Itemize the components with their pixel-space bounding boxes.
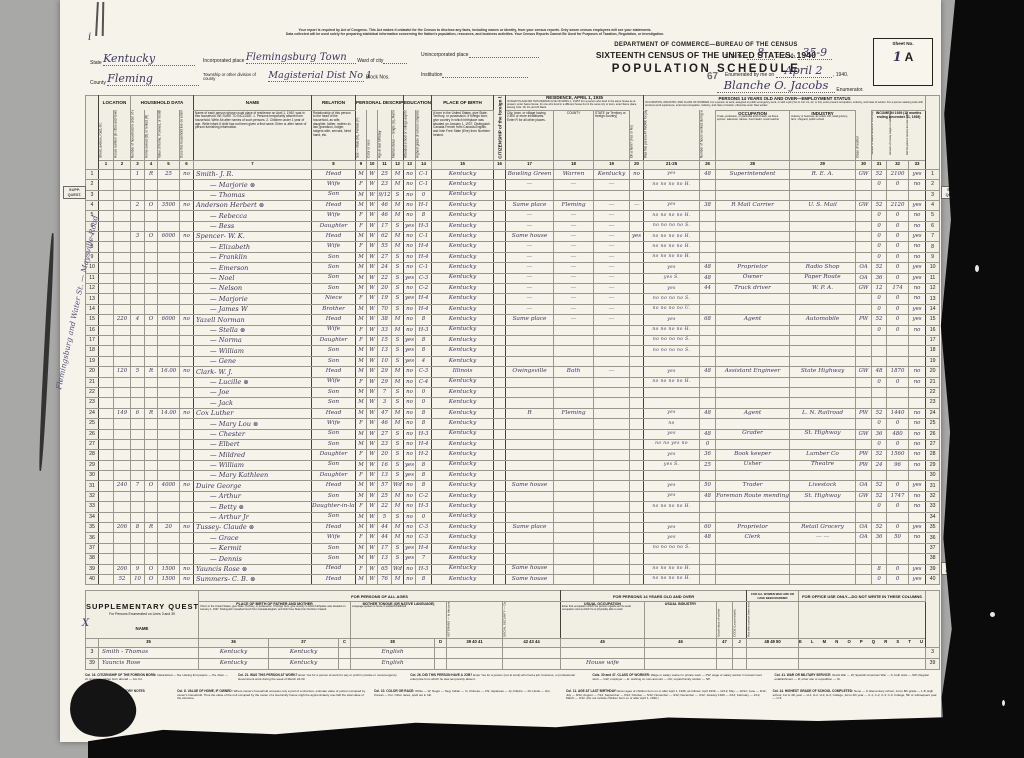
cell-oc: Truck driver (716, 284, 790, 294)
cell-r3 (594, 429, 630, 439)
cell-r4: no (630, 169, 644, 179)
cell-hh (131, 439, 145, 449)
supp-cell (645, 648, 717, 659)
cell-sx: M (356, 481, 367, 491)
supp-cell: 3 (926, 648, 940, 659)
cell-ag: 9/12 (378, 190, 392, 200)
cell-hh (131, 471, 145, 481)
supp-column-number: 35 (99, 639, 199, 648)
cell-ln: 22 (86, 387, 99, 397)
cell-fm (180, 325, 194, 335)
column-number: 19 (594, 160, 630, 169)
cell-r2 (554, 190, 594, 200)
cell-oc (716, 502, 790, 512)
column-number: 7 (194, 160, 312, 169)
col-street: Street, avenue, road, etc. (99, 110, 114, 160)
supp-cell: Kentucky (199, 659, 269, 670)
cell-wg: 0 (887, 294, 909, 304)
cell-gr: 8 (416, 481, 432, 491)
cell-ln: 14 (86, 304, 99, 314)
cell-ln: 23 (86, 398, 99, 408)
supp-column-number: 39 40 41 (447, 639, 503, 648)
cell-r1 (506, 336, 554, 346)
cell-cl: GW (856, 169, 872, 179)
cell-hr: 48 (700, 263, 716, 273)
cell-r1: Same place (506, 523, 554, 533)
supp-cell (717, 659, 733, 670)
cell-rc: W (367, 294, 378, 304)
cell-gr: 8 (416, 471, 432, 481)
cell-hn (114, 460, 131, 470)
cell-oc (716, 211, 790, 221)
cell-r3: Kentucky (594, 169, 630, 179)
cell-oc: R Mail Carrier (716, 200, 790, 210)
cell-mr: S (392, 273, 404, 283)
cell-nm: — Thomas (194, 190, 312, 200)
cell-nm: — Lucille ⊗ (194, 377, 312, 387)
cell-r4: — (630, 200, 644, 210)
enumeration-date: April 2 (785, 64, 823, 77)
cell-vl (158, 346, 180, 356)
cell-in (790, 346, 856, 356)
cell-r1: Same house (506, 481, 554, 491)
cell-ct (494, 574, 506, 584)
cell-nm: — Noel (194, 273, 312, 283)
cell-rl: Son (312, 543, 356, 553)
cell-cl: OA (856, 523, 872, 533)
supp-cell (503, 648, 561, 659)
cell-hh (131, 294, 145, 304)
cell-tn (145, 180, 158, 190)
cell-cl: OA (856, 481, 872, 491)
cell-gr: H-4 (416, 294, 432, 304)
cell-bp: Kentucky (432, 169, 494, 179)
cell-st (99, 502, 114, 512)
cell-r3 (594, 387, 630, 397)
col-attended-school: Attended school or college any time sinc… (404, 110, 416, 160)
col-res-state: STATE (or Territory or foreign country) (594, 110, 630, 160)
cell-hh (131, 387, 145, 397)
supp-column-number (86, 639, 99, 648)
cell-hn (114, 294, 131, 304)
cell-r3: — (594, 221, 630, 231)
cell-in: Lumber Co (790, 450, 856, 460)
cell-wg: 0 (887, 502, 909, 512)
cell-ln2: 3 (926, 190, 940, 200)
sheet-number-box: Sheet No. 1 A (873, 38, 933, 86)
cell-rl: Wife (312, 211, 356, 221)
county-label: County (90, 80, 106, 86)
cell-sc: no (404, 315, 416, 325)
cell-wk (872, 398, 887, 408)
supp-column-number: 47 (717, 639, 733, 648)
cell-bp: Kentucky (432, 481, 494, 491)
cell-cl: GW (856, 284, 872, 294)
cell-sx: M (356, 346, 367, 356)
cell-in: Livestock (790, 481, 856, 491)
column-number: 17 (506, 160, 554, 169)
cell-r1 (506, 356, 554, 366)
cell-fm: no (180, 232, 194, 242)
cell-in (790, 439, 856, 449)
cell-oc (716, 543, 790, 553)
cell-hn (114, 398, 131, 408)
cell-ln: 13 (86, 294, 99, 304)
cell-wk: 24 (872, 460, 887, 470)
col-group-relation: RELATION (312, 96, 356, 111)
cell-mr: S (392, 252, 404, 262)
cell-r4 (630, 346, 644, 356)
cell-sx: M (356, 263, 367, 273)
cell-vl: 14.00 (158, 408, 180, 418)
cell-st (99, 325, 114, 335)
cell-r1: — (506, 211, 554, 221)
cell-oc (716, 512, 790, 522)
cell-r3 (594, 398, 630, 408)
cell-sx: M (356, 169, 367, 179)
cell-wk: 0 (872, 242, 887, 252)
census-row-18: 18— WilliamSonMW13Syes8Kentuckyno no no … (86, 346, 940, 356)
cell-rc: W (367, 460, 378, 470)
cell-r2: Bath (554, 367, 594, 377)
cell-wk: 0 (872, 502, 887, 512)
cell-r2: — (554, 221, 594, 231)
cell-sc: no (404, 211, 416, 221)
cell-r1: Owingsville (506, 367, 554, 377)
census-row-22: 22— JoeSonMW7Sno0Kentucky22 (86, 387, 940, 397)
cell-ct (494, 315, 506, 325)
cell-cl (856, 190, 872, 200)
cell-nm: — James W (194, 304, 312, 314)
cell-wg: 0 (887, 574, 909, 584)
supp-col-occupation: USUAL OCCUPATIONEnter that occupation wh… (561, 602, 645, 639)
cell-mr: M (392, 242, 404, 252)
cell-ag: 10 (378, 356, 392, 366)
supp-cell (435, 659, 447, 670)
col-group-personal: PERSONAL DESCRIPTION (356, 96, 404, 111)
cell-sc: yes (404, 356, 416, 366)
cell-ln: 39 (86, 564, 99, 574)
col-occupation: OCCUPATIONTrade, profession, or particul… (716, 110, 790, 160)
cell-rc: W (367, 502, 378, 512)
cell-wk: 0 (872, 377, 887, 387)
cell-nm: — Emerson (194, 263, 312, 273)
cell-r4 (630, 263, 644, 273)
cell-r4 (630, 221, 644, 231)
cell-bp: Kentucky (432, 543, 494, 553)
cell-r1: Same house (506, 564, 554, 574)
cell-sc: no (404, 564, 416, 574)
cell-ln: 40 (86, 574, 99, 584)
supp-cell: English (351, 648, 435, 659)
cell-bp: Kentucky (432, 263, 494, 273)
cell-vl (158, 502, 180, 512)
cell-ag: 13 (378, 346, 392, 356)
cell-sc: no (404, 491, 416, 501)
cell-st (99, 523, 114, 533)
cell-wk: 36 (872, 429, 887, 439)
cell-oc (716, 439, 790, 449)
col-work-status: Was this person AT WORK for pay or profi… (644, 110, 700, 160)
cell-vl (158, 439, 180, 449)
cell-ln2: 12 (926, 284, 940, 294)
cell-em (644, 554, 700, 564)
cell-rl: Head (312, 169, 356, 179)
cell-rl: Wife (312, 180, 356, 190)
cell-bp: Illinois (432, 367, 494, 377)
cell-in (790, 377, 856, 387)
cell-oc: Trader (716, 481, 790, 491)
cell-bp: Kentucky (432, 439, 494, 449)
cell-st (99, 304, 114, 314)
cell-oc (716, 398, 790, 408)
cell-ln2: 25 (926, 419, 940, 429)
cell-mr: M (392, 315, 404, 325)
cell-tn (145, 543, 158, 553)
cell-tn (145, 429, 158, 439)
cell-sx: F (356, 336, 367, 346)
cell-wg (887, 387, 909, 397)
cell-r1: Bowling Green (506, 169, 554, 179)
cell-em: no no no no H. (644, 232, 700, 242)
cell-in (790, 574, 856, 584)
cell-ln: 1 (86, 169, 99, 179)
cell-hr (700, 387, 716, 397)
cell-r3 (594, 346, 630, 356)
cell-oc: Grader (716, 429, 790, 439)
cell-fm (180, 512, 194, 522)
cell-bp: Kentucky (432, 554, 494, 564)
cell-hr (700, 502, 716, 512)
cell-wg: 0 (887, 439, 909, 449)
cell-sx: M (356, 398, 367, 408)
cell-sx: M (356, 387, 367, 397)
cell-rc: W (367, 336, 378, 346)
cell-cl (856, 304, 872, 314)
state-value: Kentucky (103, 52, 155, 65)
cell-gr: 8 (416, 460, 432, 470)
cell-wg: 1560 (887, 450, 909, 460)
cell-hr (700, 356, 716, 366)
cell-r4 (630, 564, 644, 574)
supp-cell (799, 648, 926, 659)
cell-em: yes (644, 200, 700, 210)
cell-ln2: 35 (926, 523, 940, 533)
cell-vl (158, 180, 180, 190)
census-row-23: 23— JackSonMW3Sno0Kentucky23 (86, 398, 940, 408)
cell-ct (494, 460, 506, 470)
cell-r2: Warren (554, 169, 594, 179)
cell-st (99, 564, 114, 574)
cell-wk (872, 387, 887, 397)
cell-hh (131, 263, 145, 273)
cell-sx: M (356, 543, 367, 553)
cell-r2: — (554, 252, 594, 262)
cell-cl: PW (856, 408, 872, 418)
cell-st (99, 252, 114, 262)
cell-rl: Son (312, 512, 356, 522)
col-group-employment: PERSONS 14 YEARS OLD AND OVER—EMPLOYMENT… (644, 96, 926, 111)
column-number: 11 (378, 160, 392, 169)
cell-tn: O (145, 481, 158, 491)
cell-ln2: 38 (926, 554, 940, 564)
cell-oc (716, 252, 790, 262)
cell-wk: 52 (872, 200, 887, 210)
cell-r4 (630, 387, 644, 397)
cell-r3: — (594, 252, 630, 262)
census-row-4: 42O3500noAnderson Herbert ⊗HeadMW46MnoH-… (86, 200, 940, 210)
cell-r2 (554, 356, 594, 366)
cell-hn (114, 346, 131, 356)
cell-hn (114, 429, 131, 439)
cell-in (790, 387, 856, 397)
cell-ct (494, 294, 506, 304)
cell-mr: S (392, 336, 404, 346)
cell-r3 (594, 408, 630, 418)
col-farm: Does this household live on a farm? (Yes… (180, 110, 194, 160)
cell-wg: 0 (887, 564, 909, 574)
supp-col-pob: PLACE OF BIRTH OF FATHER AND MOTHERIf bo… (199, 602, 351, 639)
cell-wg: 0 (887, 481, 909, 491)
cell-tn (145, 554, 158, 564)
cell-bp: Kentucky (432, 419, 494, 429)
cell-vl: 16.00 (158, 367, 180, 377)
cell-mr: S (392, 346, 404, 356)
cell-rc: W (367, 263, 378, 273)
col-res-farm: On a farm? (Yes or No) (630, 110, 644, 160)
cell-hn (114, 211, 131, 221)
census-row-36: 36— GraceWifeFW44MnoC-3Kentuckyyes48Cler… (86, 533, 940, 543)
cell-tn (145, 304, 158, 314)
cell-wg: 2120 (887, 200, 909, 210)
cell-ct (494, 263, 506, 273)
cell-hn (114, 273, 131, 283)
cell-vl: 6000 (158, 232, 180, 242)
cell-wk: 52 (872, 169, 887, 179)
cell-rl: Son (312, 439, 356, 449)
cell-in (790, 543, 856, 553)
cell-vl (158, 419, 180, 429)
cell-sx: M (356, 315, 367, 325)
cell-vl: 25 (158, 169, 180, 179)
cell-vl: 1500 (158, 574, 180, 584)
cell-cl: GW (856, 491, 872, 501)
cell-ot: no (909, 460, 926, 470)
cell-rl: Wife (312, 325, 356, 335)
cell-vl (158, 242, 180, 252)
col-group-education: EDUCATION (404, 96, 432, 111)
cell-st (99, 574, 114, 584)
cell-tn (145, 419, 158, 429)
cell-st (99, 419, 114, 429)
cell-ln: 12 (86, 284, 99, 294)
cell-st (99, 242, 114, 252)
cell-hh: 5 (131, 367, 145, 377)
cell-tn (145, 273, 158, 283)
cell-hn (114, 232, 131, 242)
cell-ag: 46 (378, 419, 392, 429)
cell-rl: Head (312, 481, 356, 491)
cell-nm: Spencer- W. K. (194, 232, 312, 242)
cell-r3 (594, 450, 630, 460)
cell-tn (145, 252, 158, 262)
cell-ag: 27 (378, 252, 392, 262)
cell-wk: 0 (872, 304, 887, 314)
cell-mr: M (392, 169, 404, 179)
cell-gr: 0 (416, 387, 432, 397)
cell-rc: W (367, 190, 378, 200)
cell-ag: 62 (378, 232, 392, 242)
col-sex: Sex — Male (M), Female (F) (356, 110, 367, 160)
cell-rc: W (367, 169, 378, 179)
cell-hr (700, 180, 716, 190)
cell-vl (158, 263, 180, 273)
cell-rl: Son (312, 429, 356, 439)
cell-hh (131, 356, 145, 366)
cell-r4 (630, 481, 644, 491)
census-row-5: 5— RebeccaWifeFW46Mno8Kentucky———no no n… (86, 211, 940, 221)
cell-mr: S (392, 190, 404, 200)
cell-tn (145, 356, 158, 366)
cell-r2 (554, 377, 594, 387)
cell-ln2: 39 (926, 564, 940, 574)
cell-wg (887, 512, 909, 522)
cell-ln2: 28 (926, 450, 940, 460)
cell-ln: 34 (86, 512, 99, 522)
cell-tn: R (145, 408, 158, 418)
cell-r4 (630, 554, 644, 564)
cell-bp: Kentucky (432, 502, 494, 512)
cell-rc: W (367, 543, 378, 553)
census-row-40: 405210O1500noSummers- C. B. ⊗HeadMW76Mno… (86, 574, 940, 584)
cell-r4 (630, 523, 644, 533)
cell-hh (131, 429, 145, 439)
supp-column-number: 48 49 50 (747, 639, 799, 648)
cell-hr: 50 (700, 481, 716, 491)
cell-r2 (554, 574, 594, 584)
cell-r4 (630, 252, 644, 262)
cell-rc: W (367, 574, 378, 584)
cell-ag: 65 (378, 564, 392, 574)
cell-r1 (506, 512, 554, 522)
cell-ag: 47 (378, 408, 392, 418)
cell-sc: no (404, 502, 416, 512)
scan-speckle (990, 612, 995, 617)
cell-mr: S (392, 543, 404, 553)
cell-sc: no (404, 523, 416, 533)
cell-fm (180, 263, 194, 273)
cell-hn: 149 (114, 408, 131, 418)
census-row-6: 6— BessDaughterFW17SyesH-3Kentucky———no … (86, 221, 940, 231)
column-number: 16 (494, 160, 506, 169)
cell-r4 (630, 284, 644, 294)
cell-fm (180, 336, 194, 346)
cell-ag: 23 (378, 439, 392, 449)
footnote: Col. 8. VALUE OF HOME, IF OWNED: Where o… (177, 690, 368, 701)
cell-hr: 68 (700, 315, 716, 325)
cell-st (99, 450, 114, 460)
cell-st (99, 491, 114, 501)
cell-sx: M (356, 574, 367, 584)
cell-r2 (554, 564, 594, 574)
cell-bp: Kentucky (432, 180, 494, 190)
supp-cell (447, 659, 503, 670)
cell-wg (887, 554, 909, 564)
cell-ct (494, 419, 506, 429)
cell-sc: yes (404, 294, 416, 304)
cell-r1 (506, 190, 554, 200)
cell-fm: no (180, 408, 194, 418)
